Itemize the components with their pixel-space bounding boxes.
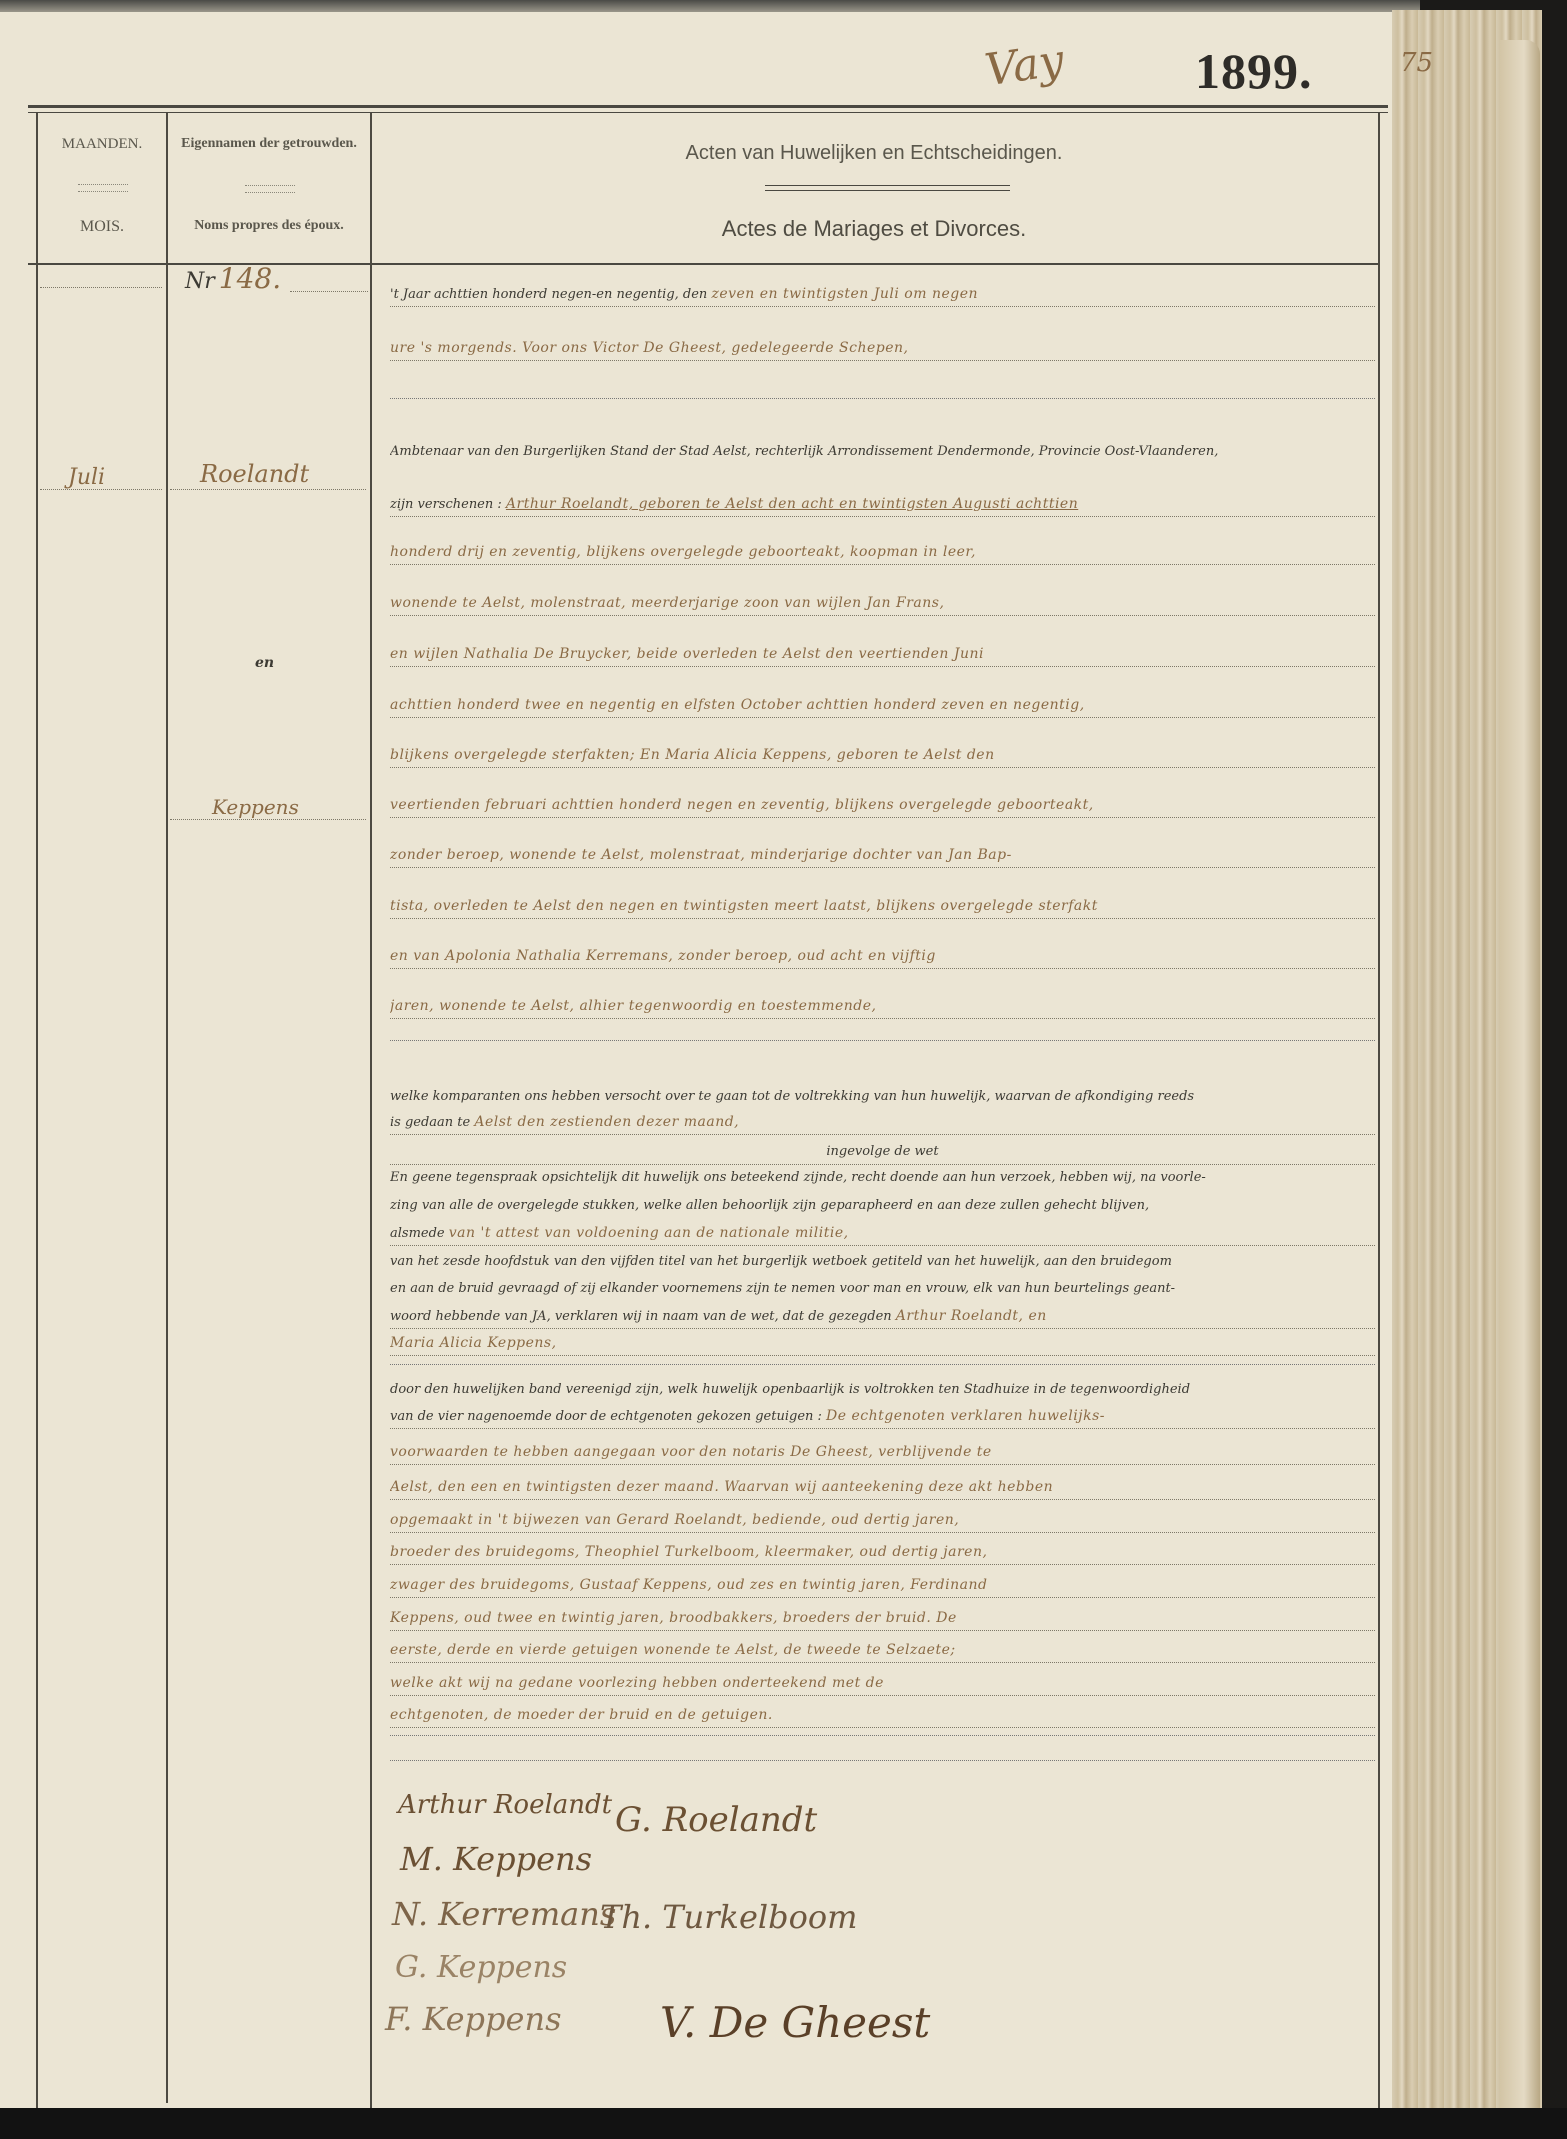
- record-line: Aelst, den een en twintigsten dezer maan…: [390, 1475, 1375, 1500]
- record-line: 't Jaar achttien honderd negen-en negent…: [390, 282, 1375, 307]
- record-line: tista, overleden te Aelst den negen en t…: [390, 894, 1375, 919]
- record-line: Keppens, oud twee en twintig jaren, broo…: [390, 1606, 1375, 1631]
- record-line: welke komparanten ons hebben versocht ov…: [390, 1085, 1375, 1109]
- record-line: en van Apolonia Nathalia Kerremans, zond…: [390, 944, 1375, 969]
- act-number-value: 148.: [219, 262, 281, 295]
- column-divider-month: [166, 113, 168, 2103]
- section-separator: [390, 1735, 1375, 1738]
- record-line: wonende te Aelst, molenstraat, meerderja…: [390, 591, 1375, 616]
- record-line: en aan de bruid gevraagd of zij elkander…: [390, 1277, 1375, 1301]
- title-divider-2: [765, 190, 1010, 191]
- col-header-month-nl: MAANDEN.: [38, 136, 166, 153]
- record-line: zijn verschenen : Arthur Roelandt, gebor…: [390, 492, 1375, 517]
- col-header-names-nl: Eigennamen der getrouwden.: [168, 136, 370, 152]
- section-separator: [390, 1040, 1375, 1043]
- record-line: Maria Alicia Keppens,: [390, 1331, 1375, 1356]
- column-divider-right: [1378, 113, 1380, 2108]
- record-line: woord hebbende van JA, verklaren wij in …: [390, 1304, 1375, 1329]
- record-line: door den huwelijken band vereenigd zijn,…: [390, 1378, 1375, 1402]
- title-divider: [765, 185, 1010, 186]
- bride-surname: Keppens: [212, 795, 299, 819]
- book-fore-edge: [1500, 40, 1540, 2110]
- col-header-month-fr: MOIS.: [38, 218, 166, 236]
- record-line: broeder des bruidegoms, Theophiel Turkel…: [390, 1540, 1375, 1565]
- record-line: zwager des bruidegoms, Gustaaf Keppens, …: [390, 1573, 1375, 1598]
- folio-number: 75: [1400, 48, 1433, 78]
- header-top-rule: [28, 105, 1388, 108]
- groom-surname: Roelandt: [200, 460, 309, 488]
- record-line: eerste, derde en vierde getuigen wonende…: [390, 1638, 1375, 1663]
- signature: M. Keppens: [400, 1840, 592, 1878]
- section-separator: [390, 1364, 1375, 1367]
- record-line: achttien honderd twee en negentig en elf…: [390, 693, 1375, 718]
- record-line: opgemaakt in 't bijwezen van Gerard Roel…: [390, 1508, 1375, 1533]
- record-line: ure 's morgends. Voor ons Victor De Ghee…: [390, 336, 1375, 361]
- col-header-month-ornament: [78, 184, 128, 192]
- column-divider-left: [36, 113, 38, 2108]
- background-surface: [0, 2108, 1567, 2139]
- record-line: En geene tegenspraak opsichtelijk dit hu…: [390, 1166, 1375, 1190]
- register-year: 1899.: [1195, 42, 1313, 100]
- section-separator: [390, 398, 1375, 401]
- record-line: zing van alle de overgelegde stukken, we…: [390, 1194, 1375, 1218]
- record-line: is gedaan te Aelst den zestienden dezer …: [390, 1110, 1375, 1135]
- marriage-month: Juli: [68, 465, 105, 490]
- signature: V. De Gheest: [660, 1998, 930, 2047]
- act-number: Nr 148.: [185, 262, 281, 295]
- book-top-edge: [0, 0, 1420, 12]
- record-line: van het zesde hoofdstuk van den vijfden …: [390, 1250, 1375, 1274]
- act-number-prefix: Nr: [185, 269, 215, 294]
- section-separator: [390, 1760, 1375, 1763]
- signature: N. Kerremans: [392, 1895, 616, 1933]
- groom-dots: [170, 488, 366, 490]
- signature: F. Keppens: [385, 2000, 561, 2038]
- record-line: ingevolge de wet: [390, 1140, 1375, 1165]
- record-line: voorwaarden te hebben aangegaan voor den…: [390, 1440, 1375, 1465]
- record-line: veertienden februari achttien honderd ne…: [390, 793, 1375, 818]
- signature: G. Roelandt: [615, 1800, 817, 1840]
- month-dots-top: [40, 286, 162, 288]
- record-line: echtgenoten, de moeder der bruid en de g…: [390, 1703, 1375, 1728]
- record-line: honderd drij en zeventig, blijkens overg…: [390, 540, 1375, 565]
- record-line: van de vier nagenoemde door de echtgenot…: [390, 1404, 1375, 1429]
- column-divider-names: [370, 113, 372, 2108]
- record-line: Ambtenaar van den Burgerlijken Stand der…: [390, 440, 1375, 464]
- title-french: Actes de Mariages et Divorces.: [370, 216, 1378, 242]
- col-header-names-fr: Noms propres des époux.: [168, 218, 370, 234]
- header-top-rule-thin: [28, 112, 1388, 113]
- act-number-dots: [290, 290, 368, 292]
- conjunction-en: en: [255, 655, 274, 671]
- record-line: en wijlen Nathalia De Bruycker, beide ov…: [390, 642, 1375, 667]
- record-line: zonder beroep, wonende te Aelst, molenst…: [390, 843, 1375, 868]
- record-line: welke akt wij na gedane voorlezing hebbe…: [390, 1671, 1375, 1696]
- marginal-note: Vay: [982, 35, 1067, 96]
- signature: Th. Turkelboom: [600, 1898, 857, 1936]
- record-line: alsmede van 't attest van voldoening aan…: [390, 1221, 1375, 1246]
- signature: Arthur Roelandt: [398, 1790, 612, 1820]
- signature: G. Keppens: [395, 1950, 567, 1985]
- register-page: [0, 0, 1392, 2110]
- record-line: blijkens overgelegde sterfakten; En Mari…: [390, 743, 1375, 768]
- col-header-names-ornament: [245, 185, 295, 193]
- record-line: jaren, wonende te Aelst, alhier tegenwoo…: [390, 994, 1375, 1019]
- title-dutch: Acten van Huwelijken en Echtscheidingen.: [370, 142, 1378, 165]
